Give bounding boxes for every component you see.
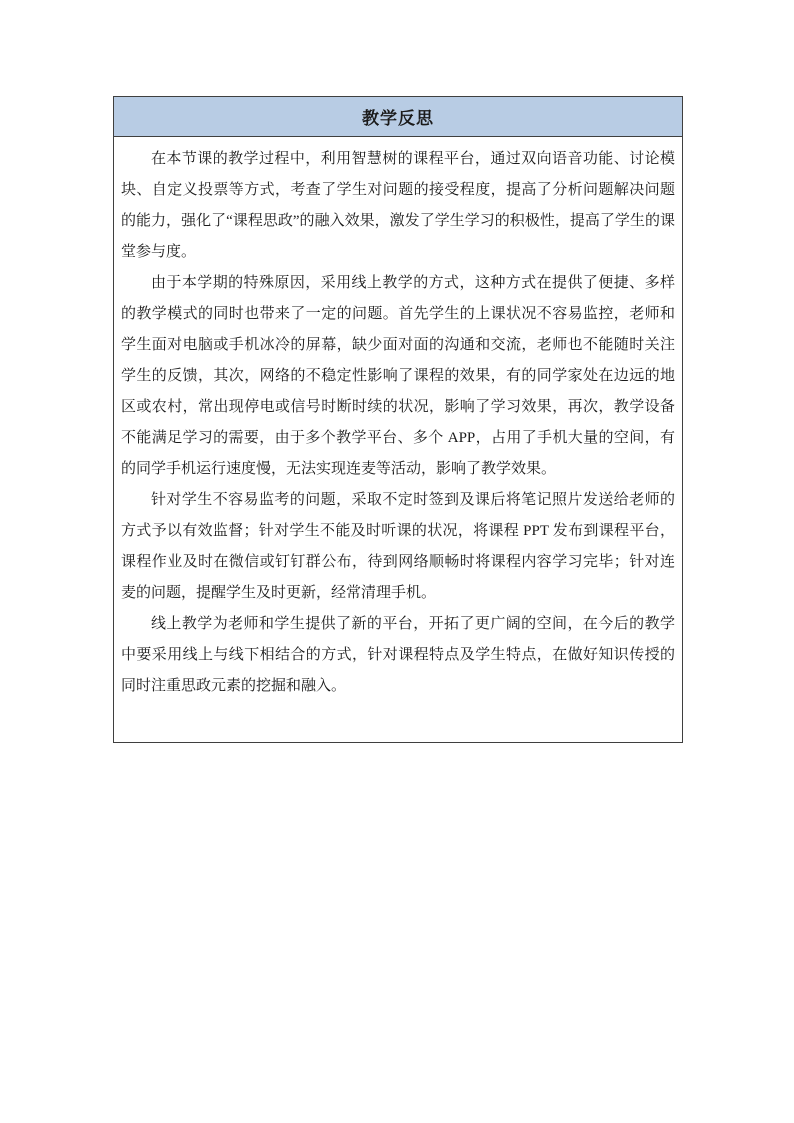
- reflection-paragraph-3: 针对学生不容易监考的问题，采取不定时签到及课后将笔记照片发送给老师的方式予以有效…: [121, 485, 675, 609]
- reflection-body-cell: 在本节课的教学过程中，利用智慧树的课程平台，通过双向语音功能、讨论模块、自定义投…: [114, 137, 683, 743]
- teaching-reflection-table: 教学反思 在本节课的教学过程中，利用智慧树的课程平台，通过双向语音功能、讨论模块…: [113, 96, 683, 743]
- reflection-paragraph-4: 线上教学为老师和学生提供了新的平台，开拓了更广阔的空间，在今后的教学中要采用线上…: [121, 609, 675, 702]
- reflection-paragraph-1: 在本节课的教学过程中，利用智慧树的课程平台，通过双向语音功能、讨论模块、自定义投…: [121, 144, 675, 268]
- table-header-row: 教学反思: [114, 97, 683, 137]
- document-page: 教学反思 在本节课的教学过程中，利用智慧树的课程平台，通过双向语音功能、讨论模块…: [0, 0, 794, 1123]
- table-body-row: 在本节课的教学过程中，利用智慧树的课程平台，通过双向语音功能、讨论模块、自定义投…: [114, 137, 683, 743]
- table-title: 教学反思: [114, 97, 683, 137]
- reflection-paragraph-2: 由于本学期的特殊原因，采用线上教学的方式，这种方式在提供了便捷、多样的教学模式的…: [121, 268, 675, 485]
